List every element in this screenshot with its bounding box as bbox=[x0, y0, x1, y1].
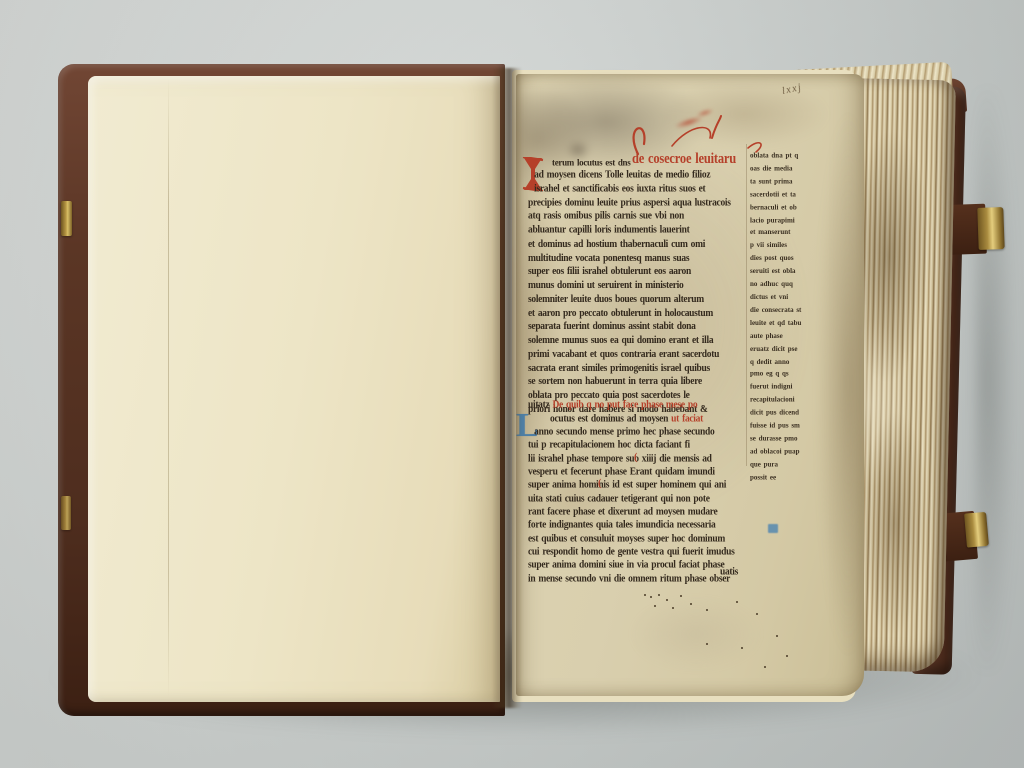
manuscript-text-line: separata fuerint dominus assint stabit d… bbox=[528, 320, 754, 334]
paragraph2-first-line: ocutus est dominus ad moysen ut faciat bbox=[550, 414, 703, 425]
manuscript-text-line: tui p recapitulacionem hoc dicta faciant… bbox=[528, 439, 754, 452]
manuscript-text-line: sacerdotii et ta bbox=[750, 189, 836, 202]
manuscript-text-line: lacio purapimi bbox=[750, 214, 836, 227]
bottom-clasp-brass-fitting bbox=[964, 512, 989, 547]
left-clasp-catch-top bbox=[61, 201, 72, 236]
manuscript-text-line: ta sunt prima bbox=[750, 176, 836, 189]
manuscript-text-line: multitudine vocata ponentesq manus suas bbox=[528, 252, 754, 266]
manuscript-text-line: est quibus et consuluit moyses super hoc… bbox=[528, 533, 754, 546]
manuscript-text-line: vesperu et fecerunt phase Erant quidam i… bbox=[528, 466, 754, 479]
right-side-shadow bbox=[975, 90, 1015, 670]
manuscript-text-line: oblata dna pt q bbox=[750, 150, 836, 163]
manuscript-text-line: lii israhel phase tempore suo xiiij die … bbox=[528, 453, 754, 466]
manuscript-text-line: cui respondit homo de gente vestra qui f… bbox=[528, 546, 754, 559]
manuscript-text-line: no adhuc quq bbox=[750, 279, 836, 292]
manuscript-text-line: p vii similes bbox=[750, 240, 836, 253]
paragraph1-first-line: terum locutus est dns bbox=[552, 157, 636, 168]
manuscript-text-line: dies post quos bbox=[750, 253, 836, 266]
manuscript-text-line: se durasse pmo bbox=[750, 433, 836, 446]
manuscript-text-line: solemne munus suos ea qui domino erant e… bbox=[528, 334, 754, 348]
manuscript-text-line: super anima hominis id est super hominem… bbox=[528, 479, 754, 492]
manuscript-text-line: et aaron pro peccato obtulerunt in holoc… bbox=[528, 307, 754, 321]
manuscript-text-line: oas die media bbox=[750, 163, 836, 176]
left-clasp-catch-bottom bbox=[61, 496, 71, 530]
manuscript-text-line: q dedit anno bbox=[750, 356, 836, 369]
photograph-backdrop: lxxj terum locutus est dns de cosecroe l… bbox=[0, 0, 1024, 768]
manuscript-text-line: super eos filii israhel obtulerunt eos a… bbox=[528, 265, 754, 279]
manuscript-text-line: bernaculi et ob bbox=[750, 201, 836, 214]
manuscript-text-line: fuisse id pus sm bbox=[750, 420, 836, 433]
manuscript-text-line: ad moysen dicens Tolle leuitas de medio … bbox=[528, 169, 754, 183]
gutter-shadow bbox=[492, 68, 522, 708]
manuscript-text-line: ad oblacoi puap bbox=[750, 446, 836, 459]
blue-paraph-mark bbox=[768, 524, 778, 533]
manuscript-text-line: primi vacabant et quos contraria erant s… bbox=[528, 348, 754, 362]
paragraph2-end-word: uatis bbox=[720, 567, 738, 578]
left-flyleaf-page bbox=[88, 76, 500, 702]
red-paraph-mark: ( bbox=[598, 478, 601, 489]
rubric-heading: de cosecroe leuitaru bbox=[632, 150, 736, 168]
manuscript-text-line: aute phase bbox=[750, 330, 836, 343]
manuscript-text-line: anno secundo mense primo hec phase secun… bbox=[528, 426, 754, 439]
manuscript-text-line: rant facere phase et dixerunt ad moysen … bbox=[528, 506, 754, 519]
marginal-gloss-column: oblata dna pt qoas die mediata sunt prim… bbox=[750, 150, 836, 484]
manuscript-text-line: uita stati cuius cadauer tetigerant qui … bbox=[528, 493, 754, 506]
flyleaf-fold-line bbox=[168, 78, 169, 698]
manuscript-text-line: leuite et qd tabu bbox=[750, 317, 836, 330]
manuscript-text-line: sacrata erant similes primogenitis israe… bbox=[528, 362, 754, 376]
manuscript-text-line: abluantur capilli loris indumentis lauer… bbox=[528, 224, 754, 238]
manuscript-text-line: dictus et vni bbox=[750, 291, 836, 304]
manuscript-text-line: forte indignantes quia tales imundicia n… bbox=[528, 519, 754, 532]
manuscript-text-line: que pura bbox=[750, 459, 836, 472]
manuscript-text-line: se sortem non habuerunt in terra quia li… bbox=[528, 376, 754, 390]
right-parchment-page: lxxj terum locutus est dns de cosecroe l… bbox=[516, 74, 864, 696]
manuscript-text-line: die consecrata st bbox=[750, 304, 836, 317]
section-rubric-red: De quib q no put face phase mese po bbox=[553, 400, 698, 411]
main-text-paragraph-2: anno secundo mense primo hec phase secun… bbox=[528, 426, 754, 588]
manuscript-text-line: eruatz dicit pse bbox=[750, 343, 836, 356]
manuscript-text-line: atq rasis omibus pilis carnis sue vbi no… bbox=[528, 210, 754, 224]
section-rubric-line: uitatz De quib q no put face phase mese … bbox=[528, 400, 758, 411]
paragraph2-first-line-black: ocutus est dominus ad moysen bbox=[550, 414, 668, 425]
worm-holes bbox=[644, 594, 646, 596]
top-clasp bbox=[945, 203, 1005, 255]
manuscript-text-line: et manserunt bbox=[750, 227, 836, 240]
paragraph2-first-line-red: ut faciat bbox=[671, 414, 703, 425]
manuscript-text-line: possit ee bbox=[750, 471, 836, 484]
red-paraph-mark: ( bbox=[634, 452, 637, 463]
manuscript-text-line: et dominus ad hostium thabernaculi cum o… bbox=[528, 238, 754, 252]
top-clasp-brass-fitting bbox=[977, 207, 1004, 250]
manuscript-text-line: fuerut indigni bbox=[750, 381, 836, 394]
manuscript-text-line: solemniter leuite duos boues quorum alte… bbox=[528, 293, 754, 307]
manuscript-text-line: munus domini ut seruirent in ministerio bbox=[528, 279, 754, 293]
manuscript-text-line: israhel et sanctificabis eos iuxta ritus… bbox=[528, 183, 754, 197]
manuscript-text-line: dicit pus dicend bbox=[750, 407, 836, 420]
manuscript-text-line: precipies dominu leuite prius aspersi aq… bbox=[528, 197, 754, 211]
manuscript-text-line: recapitulacioni bbox=[750, 394, 836, 407]
manuscript-text-line: pmo eg q qs bbox=[750, 369, 836, 382]
main-text-paragraph-1: ad moysen dicens Tolle leuitas de medio … bbox=[528, 169, 754, 418]
manuscript-text-line: seruiti est obla bbox=[750, 266, 836, 279]
